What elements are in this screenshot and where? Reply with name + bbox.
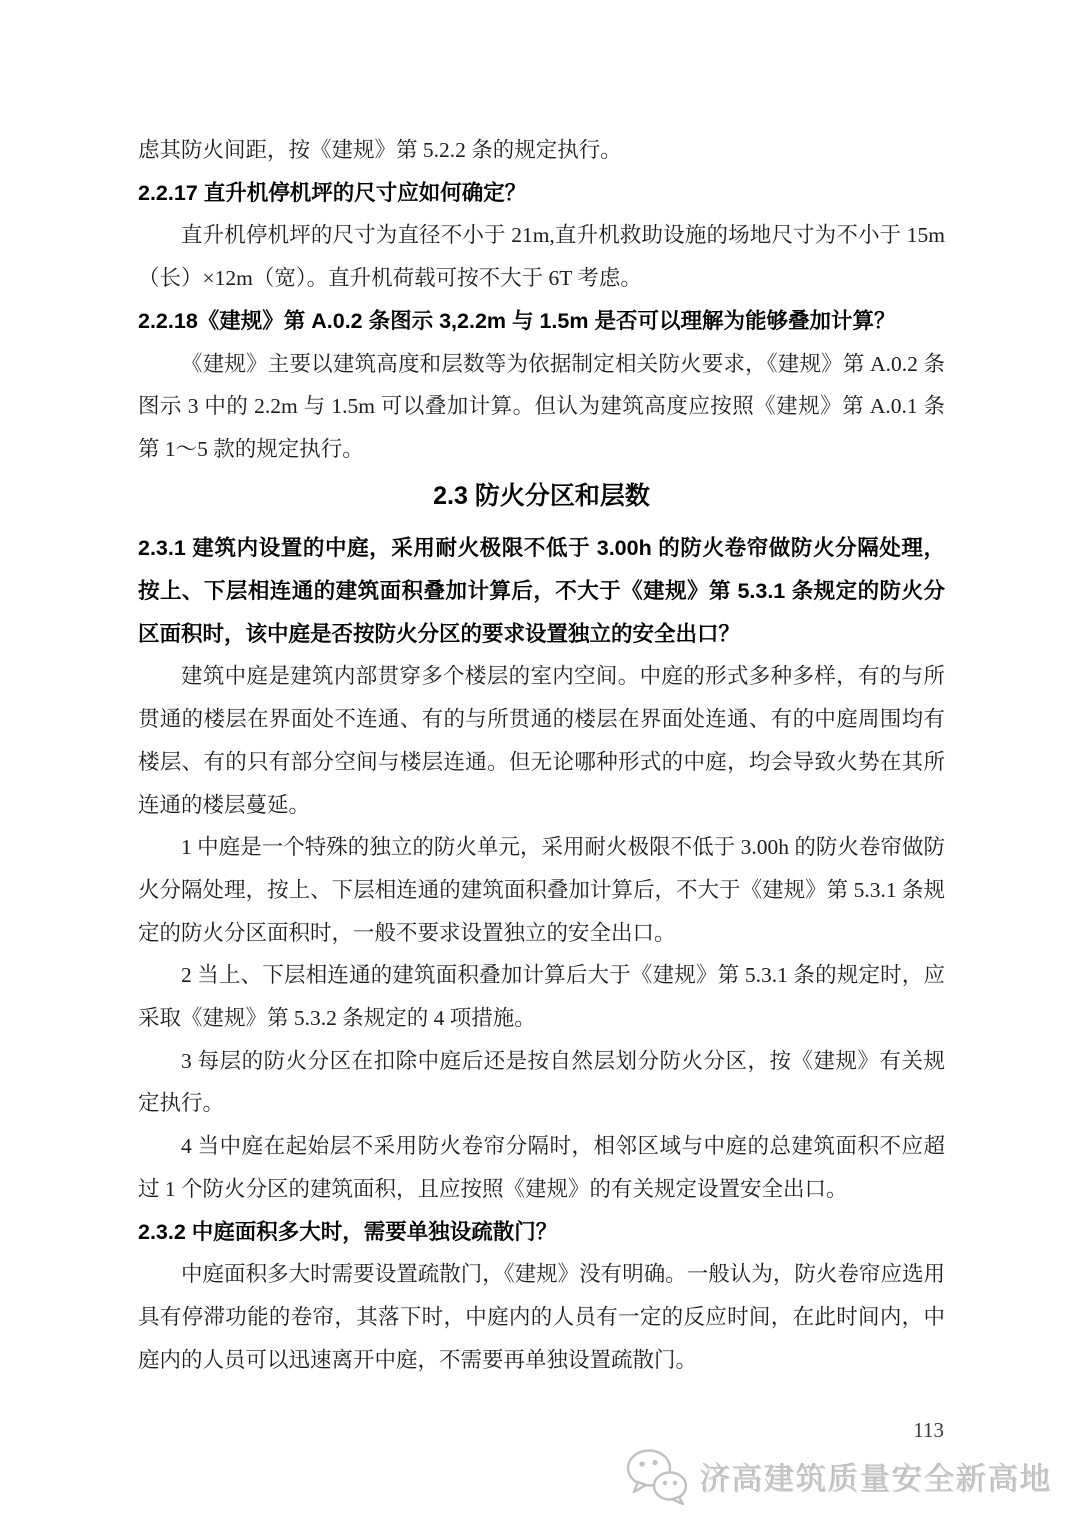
page-number: 113 <box>913 1418 944 1443</box>
section-title-2-3: 2.3 防火分区和层数 <box>138 475 945 518</box>
watermark-text: 济高建筑质量安全新高地 <box>700 1454 1052 1499</box>
question-heading-2-2-18: 2.2.18《建规》第 A.0.2 条图示 3,2.2m 与 1.5m 是否可以… <box>138 300 945 343</box>
watermark: 济高建筑质量安全新高地 <box>624 1446 1052 1506</box>
question-heading-2-2-17: 2.2.17 直升机停机坪的尺寸应如何确定？ <box>138 172 945 215</box>
answer-paragraph: 建筑中庭是建筑内部贯穿多个楼层的室内空间。中庭的形式多种多样，有的与所贯通的楼层… <box>138 655 945 826</box>
answer-list-item-2: 2 当上、下层相连通的建筑面积叠加计算后大于《建规》第 5.3.1 条的规定时，… <box>138 954 945 1039</box>
answer-paragraph: 《建规》主要以建筑高度和层数等为依据制定相关防火要求，《建规》第 A.0.2 条… <box>138 343 945 471</box>
document-page: 虑其防火间距，按《建规》第 5.2.2 条的规定执行。 2.2.17 直升机停机… <box>0 0 1080 1527</box>
answer-list-item-1: 1 中庭是一个特殊的独立的防火单元，采用耐火极限不低于 3.00h 的防火卷帘做… <box>138 826 945 954</box>
question-heading-2-3-1: 2.3.1 建筑内设置的中庭，采用耐火极限不低于 3.00h 的防火卷帘做防火分… <box>138 527 945 655</box>
document-content: 虑其防火间距，按《建规》第 5.2.2 条的规定执行。 2.2.17 直升机停机… <box>138 129 945 1381</box>
answer-paragraph: 直升机停机坪的尺寸为直径不小于 21m,直升机救助设施的场地尺寸为不小于 15m… <box>138 214 945 299</box>
wechat-icon <box>624 1446 690 1506</box>
answer-list-item-4: 4 当中庭在起始层不采用防火卷帘分隔时，相邻区域与中庭的总建筑面积不应超过 1 … <box>138 1125 945 1210</box>
question-heading-2-3-2: 2.3.2 中庭面积多大时，需要单独设疏散门？ <box>138 1211 945 1254</box>
answer-paragraph: 中庭面积多大时需要设置疏散门，《建规》没有明确。一般认为，防火卷帘应选用具有停滞… <box>138 1253 945 1381</box>
body-line-continued: 虑其防火间距，按《建规》第 5.2.2 条的规定执行。 <box>138 129 945 172</box>
answer-list-item-3: 3 每层的防火分区在扣除中庭后还是按自然层划分防火分区，按《建规》有关规定执行。 <box>138 1040 945 1125</box>
